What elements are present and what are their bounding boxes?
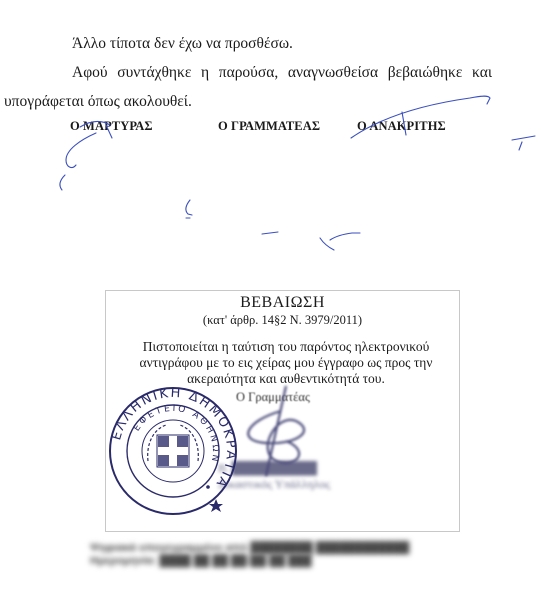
signatory-investigator: Ο ΑΝΑΚΡΙΤΗΣ xyxy=(357,119,446,134)
digital-signature-redacted-line-1: Ψηφιακά υπογεγραμμένο από ████████ █████… xyxy=(90,542,450,554)
court-seal-stamp: ΕΛΛΗΝΙΚΗ ΔΗΜΟΚΡΑΤΙΑ ΕΦΕΤΕΙΟ ΑΘΗΝΩΝ xyxy=(108,383,238,519)
signatory-secretary: Ο ΓΡΑΜΜΑΤΕΑΣ xyxy=(218,119,320,134)
certification-body: Πιστοποιείται η ταύτιση του παρόντος ηλε… xyxy=(116,339,456,387)
certifier-signature xyxy=(226,381,336,491)
paragraph-signing-line-1: Αφού συντάχθηκε η παρούσα, αναγνωσθείσα … xyxy=(72,64,492,82)
certification-legal-reference: (κατ' άρθρ. 14§2 Ν. 3979/2011) xyxy=(106,313,459,328)
signatory-witness: Ο ΜΑΡΤΥΡΑΣ xyxy=(70,119,153,134)
certification-box: ΒΕΒΑΙΩΣΗ (κατ' άρθρ. 14§2 Ν. 3979/2011) … xyxy=(105,290,460,532)
paragraph-signing-line-2: υπογράφεται όπως ακολουθεί. xyxy=(4,93,192,111)
paragraph-closing: Άλλο τίποτα δεν έχω να προσθέσω. xyxy=(72,35,293,53)
cross-emblem-icon xyxy=(157,435,189,467)
certification-title: ΒΕΒΑΙΩΣΗ xyxy=(106,294,459,312)
digital-signature-redacted-line-2: Ημερομηνία: ████ ██ ██ ██:██:██ ███ xyxy=(90,555,390,567)
